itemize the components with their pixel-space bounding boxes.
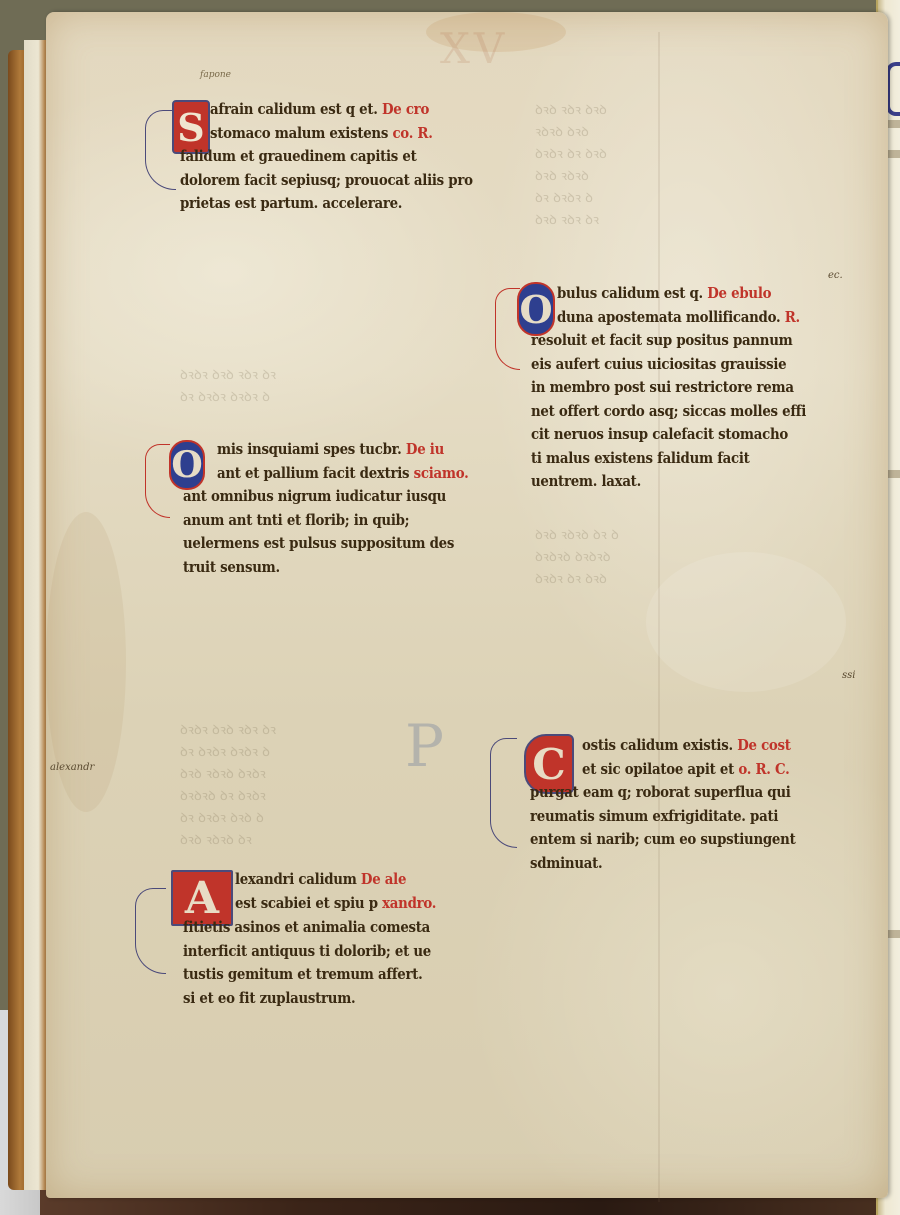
text-line: net offert cordo asq; siccas molles effi (531, 400, 806, 424)
text-line: fitietis asinos et animalia comesta (183, 916, 431, 940)
show-through-text: ꝺꝛꝺꝛ ꝺꝛꝺ ꝛꝺꝛ ꝺꝛꝺꝛ ꝺꝛꝺꝛ ꝺꝛꝺꝛ ꝺꝺꝛꝺ ꝛꝺꝛꝺ ꝺꝛ… (180, 720, 276, 852)
text-line: in membro post sui restrictore rema (531, 376, 806, 400)
marginal-note: ec. (828, 270, 843, 281)
folio-number-ghost: XV (440, 24, 508, 73)
page-edges (24, 40, 48, 1190)
text-line: est scabiei et spiu p xandro. (235, 892, 436, 916)
text-line: uelermens est pulsus suppositum des (183, 532, 454, 556)
pen-flourish (135, 888, 166, 974)
show-through-text: ꝺꝛꝺ ꝛꝺꝛꝺ ꝺꝛ ꝺꝺꝛꝺꝛꝺ ꝺꝛꝺꝛꝺꝺꝛꝺꝛ ꝺꝛ ꝺꝛꝺ (535, 525, 619, 591)
text-line: duna apostemata mollificando. R. (557, 306, 800, 330)
text-line: prietas est partum. accelerare. (180, 192, 473, 216)
text-line: ant omnibus nigrum iudicatur iusqu (183, 485, 454, 509)
text-line: interficit antiquus ti dolorib; et ue (183, 940, 431, 964)
text-line: falidum et grauedinem capitis et (180, 145, 473, 169)
text-line: reumatis simum exfrigiditate. pati (530, 805, 795, 829)
text-line: anum ant tnti et florib; in quib; (183, 509, 454, 533)
text-line: purgat eam q; roborat superflua qui (530, 781, 795, 805)
text-line: mis insquiami spes tucbr. De iu (217, 438, 468, 462)
initial-letter: O (517, 282, 555, 336)
text-line: ti malus existens falidum facit (531, 447, 806, 471)
marginal-note: alexandr (50, 762, 94, 773)
page-fold (658, 32, 660, 1202)
text-line: ostis calidum existis. De cost (582, 734, 791, 758)
text-line: ant et pallium facit dextris sciamo. (217, 462, 468, 486)
show-through-initial: P (405, 712, 444, 780)
text-line: stomaco malum existens co. R. (210, 122, 433, 146)
text-line: et sic opilatoe apit et o. R. C. (582, 758, 791, 782)
text-line: si et eo fit zuplaustrum. (183, 987, 431, 1011)
text-line: cit neruos insup calefacit stomacho (531, 423, 806, 447)
text-line: resoluit et facit sup positus pannum (531, 329, 806, 353)
text-line: bulus calidum est q. De ebulo (557, 282, 800, 306)
show-through-text: ꝺꝛꝺꝛ ꝺꝛꝺ ꝛꝺꝛ ꝺꝛꝺꝛ ꝺꝛꝺꝛ ꝺꝛꝺꝛ ꝺ (180, 365, 276, 409)
text-line: entem si narib; cum eo supstiungent (530, 828, 795, 852)
text-line: lexandri calidum De ale (235, 868, 436, 892)
text-line: uentrem. laxat. (531, 470, 806, 494)
show-through-text: ꝺꝛꝺ ꝛꝺꝛ ꝺꝛꝺꝛꝺꝛꝺ ꝺꝛꝺꝺꝛꝺꝛ ꝺꝛ ꝺꝛꝺꝺꝛꝺ ꝛꝺꝛꝺꝺꝛ… (535, 100, 607, 232)
initial-letter: O (169, 440, 205, 490)
text-line: afrain calidum est q et. De cro (210, 98, 433, 122)
guide-letter: fapone (200, 70, 231, 80)
text-line: eis aufert cuius uiciositas grauissie (531, 353, 806, 377)
text-line: truit sensum. (183, 556, 454, 580)
pen-flourish (490, 738, 517, 848)
pen-flourish (145, 444, 170, 518)
text-line: sdminuat. (530, 852, 795, 876)
text-line: dolorem facit sepiusq; prouocat aliis pr… (180, 169, 473, 193)
text-line: tustis gemitum et tremum affert. (183, 963, 431, 987)
facing-initial-fragment (886, 62, 900, 116)
marginal-note: ssi (842, 670, 855, 681)
